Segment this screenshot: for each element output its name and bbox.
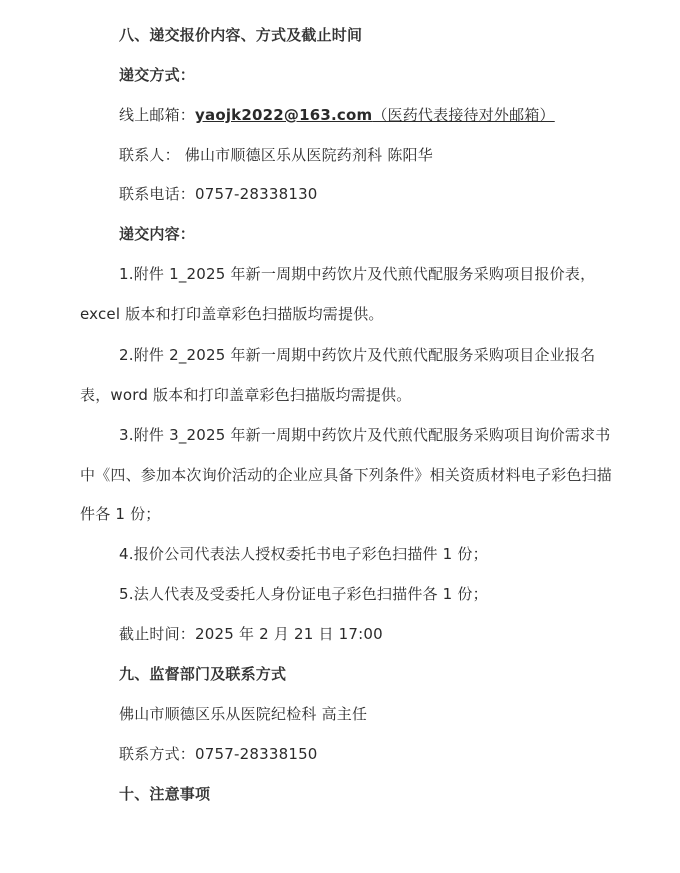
submission-method-label: 递交方式： xyxy=(119,65,195,85)
item-4: 4.报价公司代表法人授权委托书电子彩色扫描件 1 份； xyxy=(119,544,488,564)
deadline-row: 截止时间：2025 年 2 月 21 日 17:00 xyxy=(119,624,383,644)
contact-person-value: 佛山市顺德区乐从医院药剂科 陈阳华 xyxy=(185,146,433,164)
item-3-line-2: 中《四、参加本次询价活动的企业应具备下列条件》相关资质材料电子彩色扫描 xyxy=(80,465,612,485)
email-link[interactable]: yaojk2022@163.com xyxy=(195,106,372,124)
section-10-heading: 十、注意事项 xyxy=(119,784,210,804)
item-2-line-1: 2.附件 2_2025 年新一周期中药饮片及代煎代配服务采购项目企业报名 xyxy=(119,345,595,365)
contact-person-label: 联系人： xyxy=(119,146,180,164)
phone-value: 0757-28338130 xyxy=(195,185,318,203)
contact-person-row: 联系人： 佛山市顺德区乐从医院药剂科 陈阳华 xyxy=(119,145,433,165)
item-3-line-1: 3.附件 3_2025 年新一周期中药饮片及代煎代配服务采购项目询价需求书 xyxy=(119,425,610,445)
deadline-label: 截止时间： xyxy=(119,625,195,643)
section-8-heading: 八、递交报价内容、方式及截止时间 xyxy=(119,25,362,45)
item-1-line-1: 1.附件 1_2025 年新一周期中药饮片及代煎代配服务采购项目报价表， xyxy=(119,264,595,284)
submission-content-label: 递交内容： xyxy=(119,224,195,244)
supervision-contact-row: 联系方式：0757-28338150 xyxy=(119,744,318,764)
item-5: 5.法人代表及受委托人身份证电子彩色扫描件各 1 份； xyxy=(119,584,488,604)
email-row: 线上邮箱：yaojk2022@163.com（医药代表接待对外邮箱） xyxy=(119,105,555,125)
phone-label: 联系电话： xyxy=(119,185,195,203)
supervision-contact-value: 0757-28338150 xyxy=(195,745,318,763)
deadline-value: 2025 年 2 月 21 日 17:00 xyxy=(195,625,383,643)
item-1-line-2: excel 版本和打印盖章彩色扫描版均需提供。 xyxy=(80,304,384,324)
section-9-heading: 九、监督部门及联系方式 xyxy=(119,664,286,684)
item-3-line-3: 件各 1 份； xyxy=(80,504,160,524)
email-note: （医药代表接待对外邮箱） xyxy=(372,106,554,124)
email-label: 线上邮箱： xyxy=(119,106,195,124)
supervision-department: 佛山市顺德区乐从医院纪检科 高主任 xyxy=(119,704,367,724)
supervision-contact-label: 联系方式： xyxy=(119,745,195,763)
phone-row: 联系电话：0757-28338130 xyxy=(119,184,318,204)
item-2-line-2: 表，word 版本和打印盖章彩色扫描版均需提供。 xyxy=(80,385,411,405)
